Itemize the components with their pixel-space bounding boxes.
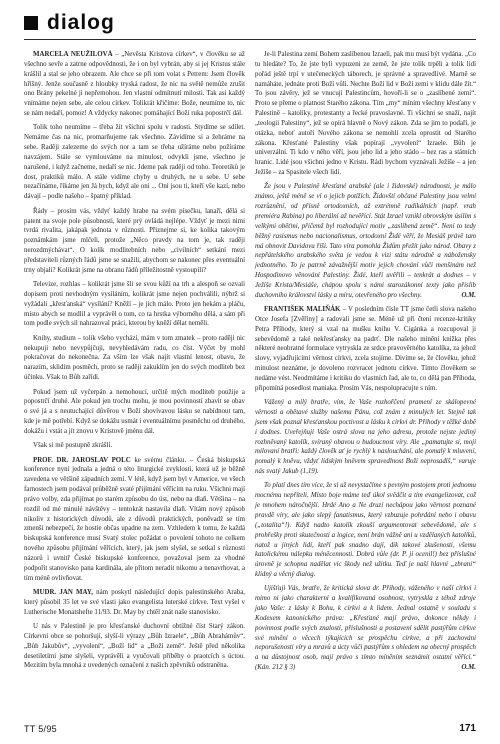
column-right: Je-li Palestina zemí Bohem zaslíbenou Iz… (255, 50, 476, 717)
section-title: dialog (47, 12, 115, 33)
contributor-name: MARCELA NEUŽILOVÁ (33, 51, 113, 58)
paragraph: Však si mě postupně zkrášlí. (24, 441, 245, 451)
contributor-name: MUDR. JAN MAY, (33, 589, 93, 596)
paragraph: Pokud jsem už vyčerpán a nemohoucí, urči… (24, 388, 245, 437)
paragraph: Tolik toho neumíme – třeba žít všichni s… (24, 123, 245, 202)
paragraph: FRANTIŠEK MALIŇÁK – V posledním čísle TT… (255, 305, 476, 394)
paragraph: Knihy, studium – tolik všeho vychází, má… (24, 334, 245, 383)
editor-initials: O.M. (452, 663, 476, 673)
paragraph: Že jsou v Palestině křesťané arabské (al… (255, 182, 476, 300)
header-rule (24, 39, 476, 40)
contributor-name: FRANTIŠEK MALIŇÁK (264, 306, 340, 313)
text-columns: MARCELA NEUŽILOVÁ – „Nevěsta Kristova cí… (24, 50, 476, 717)
magazine-page: dialog MARCELA NEUŽILOVÁ – „Nevěsta Kris… (0, 0, 500, 744)
paragraph: PROF. DR. JAROSLAV POLC ke svému článku.… (24, 456, 245, 584)
paragraph: Ujišťuji Vás, bratře, že kritická slova … (255, 584, 476, 673)
paragraph: U nás v Palestině je pro křesťanské duch… (24, 622, 245, 671)
paragraph: MARCELA NEUŽILOVÁ – „Nevěsta Kristova cí… (24, 50, 245, 119)
paragraph: Řády – prosím vás, vždyť každý hrabe na … (24, 207, 245, 276)
section-marker-icon (24, 16, 38, 30)
page-number: 171 (459, 723, 476, 734)
paragraph: Vážený a milý bratře, vím, že Vaše rozho… (255, 398, 476, 477)
editor-initials: O.M. (452, 291, 476, 301)
column-left: MARCELA NEUŽILOVÁ – „Nevěsta Kristova cí… (24, 50, 245, 717)
issue-label: TT 5/95 (24, 724, 57, 734)
paragraph: To platí dnes tím více, že si už nevysta… (255, 481, 476, 579)
page-footer: TT 5/95 171 (24, 717, 476, 734)
section-header: dialog (24, 12, 476, 33)
paragraph: Je-li Palestina zemí Bohem zaslíbenou Iz… (255, 50, 476, 178)
paragraph: Televize, rozhlas – kolikrát jsme šli se… (24, 280, 245, 329)
contributor-name: PROF. DR. JAROSLAV POLC (33, 457, 131, 464)
paragraph: MUDR. JAN MAY, nám poskytl následující d… (24, 588, 245, 618)
